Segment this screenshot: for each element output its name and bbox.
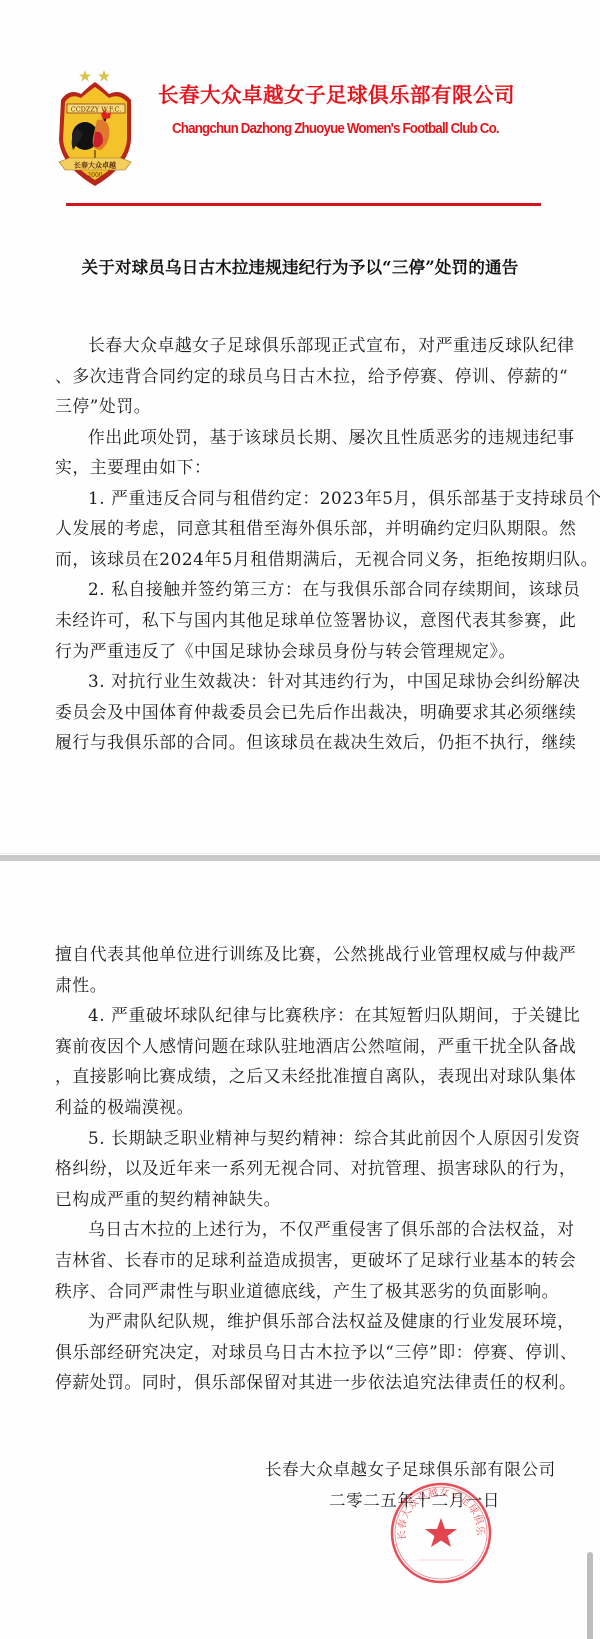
paragraph-line: 行为严重违反了《中国足球协会球员身份与转会管理规定》。 xyxy=(55,641,516,661)
signature-date: 二零二五年十二月一日 xyxy=(329,1487,500,1511)
paragraph-line: 三停”处罚。 xyxy=(55,396,151,416)
paragraph-line: 2. 私自接触并签约第三方：在与我俱乐部合同存续期间，该球员 xyxy=(88,579,580,599)
paragraph-line: ，直接影响比赛成绩，之后又未经批准擅自离队，表现出对球队集体 xyxy=(55,1066,576,1086)
page-break-edge xyxy=(0,853,600,854)
company-name-chinese: 长春大众卓越女子足球俱乐部有限公司 xyxy=(158,78,515,108)
paragraph-line: 履行与我俱乐部的合同。但该球员在裁决生效后，仍拒不执行，继续 xyxy=(55,732,576,752)
paragraph-line: 停薪处罚。同时，俱乐部保留对其进一步依法追究法律责任的权利。 xyxy=(55,1372,576,1392)
paragraph-line: 格纠纷，以及近年来一系列无视合同、对抗管理、损害球队的行为， xyxy=(55,1158,576,1178)
paragraph-line: 乌日古木拉的上述行为，不仅严重侵害了俱乐部的合法权益，对 xyxy=(88,1219,575,1239)
vertical-scrollbar[interactable] xyxy=(587,1552,593,1639)
paragraph-line: 俱乐部经研究决定，对球员乌日古木拉予以“三停”即：停赛、停训、 xyxy=(55,1342,577,1362)
paragraph-line: 5. 长期缺乏职业精神与契约精神：综合其此前因个人原因引发资 xyxy=(88,1128,580,1148)
paragraph-line: 3. 对抗行业生效裁决：针对其违约行为，中国足球协会纠纷解决 xyxy=(88,671,580,691)
paragraph-line: 人发展的考虑，同意其租借至海外俱乐部，并明确约定归队期限。然 xyxy=(55,518,576,538)
paragraph-line: 实，主要理由如下： xyxy=(55,457,211,477)
paragraph-line: 为严肃队纪队规，维护俱乐部合法权益及健康的行业发展环境， xyxy=(88,1311,575,1331)
page-break xyxy=(0,855,600,861)
paragraph-line: 吉林省、长春市的足球利益造成损害，更破坏了足球行业基本的转会 xyxy=(55,1250,576,1270)
svg-text:2000: 2000 xyxy=(87,172,102,179)
company-name-english: Changchun Dazhong Zhuoyue Women's Footba… xyxy=(172,121,499,137)
club-crest-rooster-icon: CCDZZY W.F.C. 长春大众卓越 2000 xyxy=(55,62,151,192)
svg-text:CCDZZY W.F.C.: CCDZZY W.F.C. xyxy=(71,106,122,114)
paragraph-line: 利益的极端漠视。 xyxy=(55,1097,194,1117)
paragraph-line: 而，该球员在2024年5月租借期满后，无视合同义务，拒绝按期归队。 xyxy=(55,549,598,569)
paragraph-line: 已构成严重的契约精神缺失。 xyxy=(55,1189,281,1209)
svg-text:长春大众卓越: 长春大众卓越 xyxy=(74,161,116,170)
paragraph-line: 4. 严重破坏球队纪律与比赛秩序：在其短暂归队期间，于关键比 xyxy=(88,1005,580,1025)
club-crest-logo: CCDZZY W.F.C. 长春大众卓越 2000 xyxy=(55,62,151,192)
paragraph-line: 赛前夜因个人感情问题在球队驻地酒店公然喧闹，严重干扰全队备战 xyxy=(55,1036,576,1056)
paragraph-line: 未经许可，私下与国内其他足球单位签署协议，意图代表其参赛，此 xyxy=(55,610,576,630)
paragraph-line: 1. 严重违反合同与租借约定：2023年5月，俱乐部基于支持球员个 xyxy=(88,488,600,508)
letterhead-divider xyxy=(66,203,541,206)
paragraph-line: 擅自代表其他单位进行训练及比赛，公然挑战行业管理权威与仲裁严 xyxy=(55,944,576,964)
paragraph-line: 委员会及中国体育仲裁委员会已先后作出裁决，明确要求其必须继续 xyxy=(55,702,576,722)
paragraph-line: 肃性。 xyxy=(55,975,107,995)
paragraph-line: 作出此项处罚，基于该球员长期、屡次且性质恶劣的违规违纪事 xyxy=(88,427,575,447)
paragraph-line: 秩序、合同严肃性与职业道德底线，产生了极其恶劣的负面影响。 xyxy=(55,1281,559,1301)
signature-organization: 长春大众卓越女子足球俱乐部有限公司 xyxy=(265,1456,556,1480)
paragraph-line: 长春大众卓越女子足球俱乐部现正式宣布，对严重违反球队纪律 xyxy=(88,335,575,355)
notice-title: 关于对球员乌日古木拉违规违纪行为予以“三停”处罚的通告 xyxy=(0,254,600,278)
paragraph-line: 、多次违背合同约定的球员乌日古木拉，给予停赛、停训、停薪的“ xyxy=(55,366,568,386)
